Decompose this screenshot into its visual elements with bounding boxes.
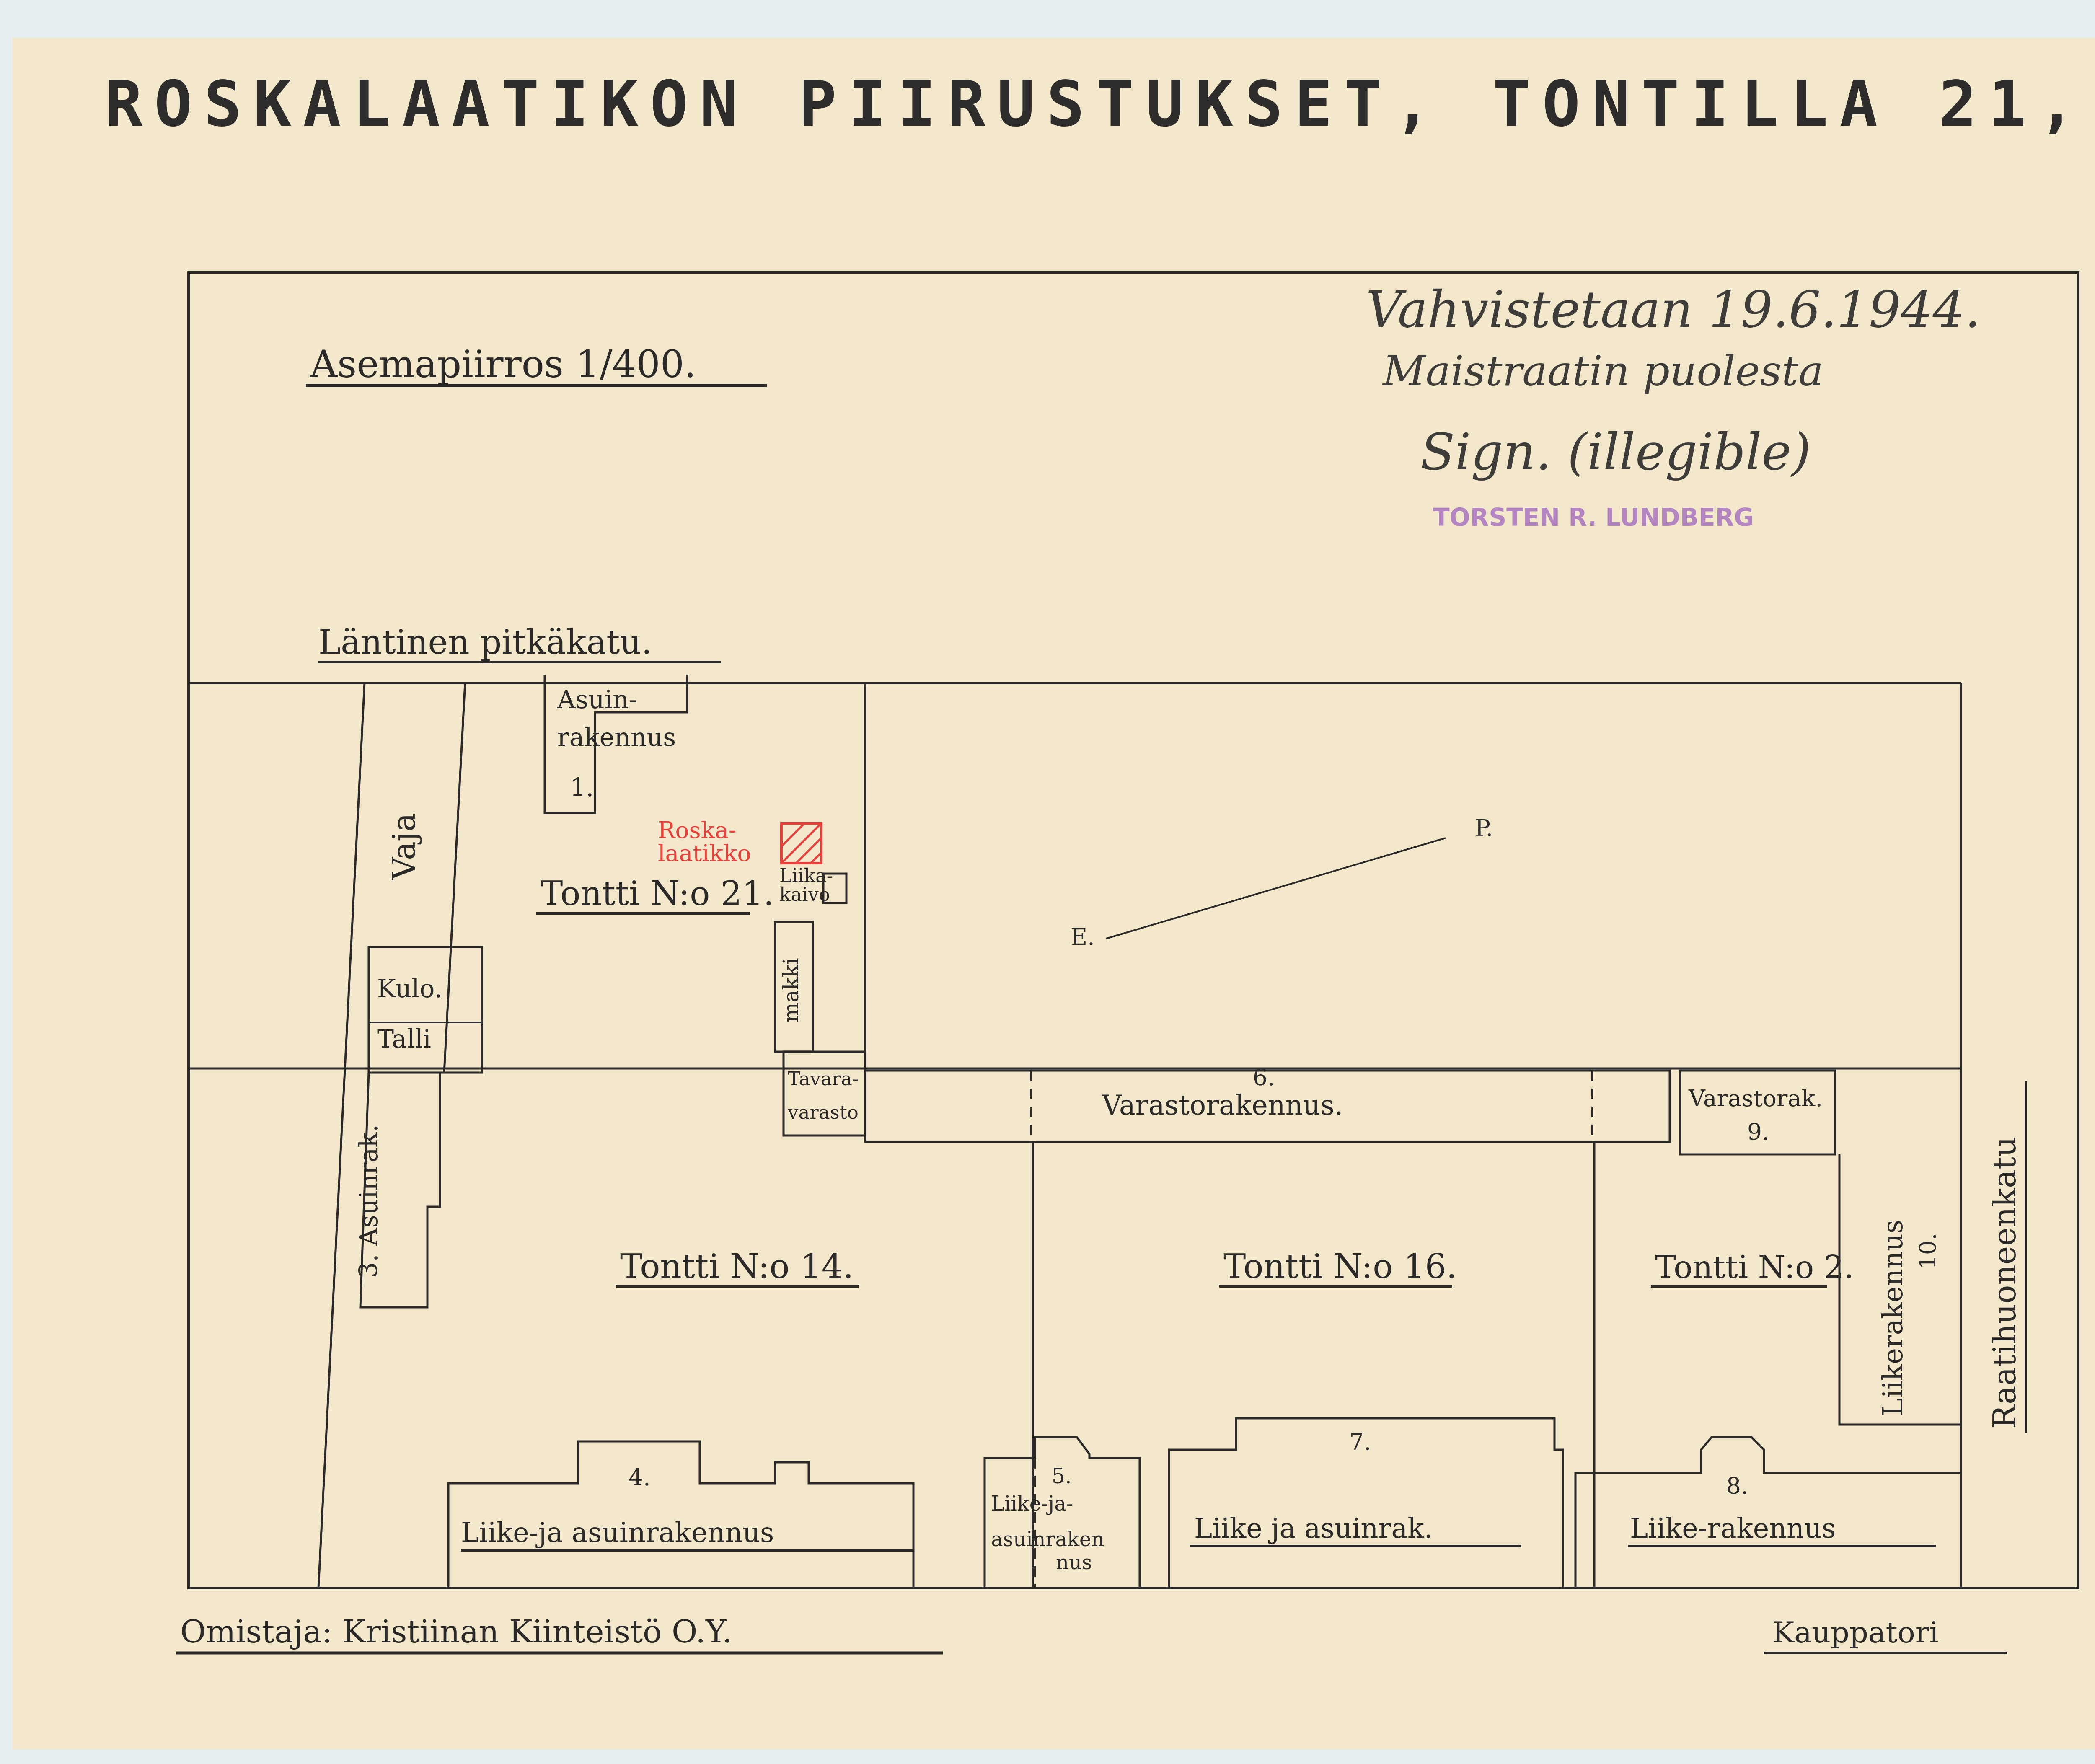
kaivo-label-2: kaivo [779,883,830,905]
tavara-label-1: Tavara- [788,1068,859,1090]
roska-label-2: laatikko [658,840,751,866]
building-8-label: Liike-rakennus [1630,1513,1836,1544]
building-6-num: 6. [1253,1064,1275,1091]
street-south: Kauppatori [1772,1615,1939,1650]
drawing-sheet: ROSKALAATIKON PIIRUSTUKSET, TONTILLA 21,… [0,0,2095,1764]
building-1-label-2: rakennus [557,723,676,752]
building-3-label: 3. Asuinrak. [354,1124,383,1278]
building-10-num: 10. [1914,1233,1941,1270]
building-7-label: Liike ja asuinrak. [1194,1513,1433,1544]
owner-label: Omistaja: Kristiinan Kiinteistö O.Y. [180,1613,732,1650]
plot-14-label: Tontti N:o 14. [620,1247,854,1286]
building-1-label-1: Asuin- [557,685,637,714]
building-9-num: 9. [1747,1118,1769,1145]
building-5-label-2: asuinraken [991,1528,1104,1551]
section-mark-p: P. [1475,815,1493,841]
street-east: Raatihuoneenkatu [1986,1137,2023,1429]
building-5-num: 5. [1052,1464,1072,1488]
drawing-title: ROSKALAATIKON PIIRUSTUKSET, TONTILLA 21,… [105,68,2095,141]
approval-authority: Maistraatin puolesta [1382,347,1823,396]
makki-label: makki [779,958,803,1022]
building-1-num: 1. [570,773,594,802]
street-north: Läntinen pitkäkatu. [318,623,652,662]
plot-2-label: Tontti N:o 2. [1655,1249,1854,1285]
plot-16-label: Tontti N:o 16. [1223,1247,1457,1286]
plot-21-label: Tontti N:o 21. [541,874,774,913]
talli-label: Talli [377,1024,431,1054]
kulo-label: Kulo. [377,974,442,1004]
building-10-label: Liikerakennus [1878,1220,1909,1416]
approval-signature: Sign. (illegible) [1420,423,1811,481]
building-9-label: Varastorak. [1688,1085,1823,1112]
building-4-num: 4. [628,1464,650,1491]
building-2-label: Vaja [385,813,422,880]
building-5-label-3: nus [1056,1551,1092,1574]
section-mark-e: E. [1071,923,1095,950]
building-6-label: Varastorakennus. [1102,1090,1343,1121]
building-7-num: 7. [1349,1428,1371,1455]
approval-date: Vahvistetaan 19.6.1944. [1366,281,1981,339]
site-plan-heading: Asemapiirros 1/400. [310,342,696,386]
building-5-label-1: Liike-ja- [991,1492,1073,1516]
approval-stamp: TORSTEN R. LUNDBERG [1433,503,1754,532]
tavara-label-2: varasto [787,1101,859,1123]
building-4-label: Liike-ja asuinrakennus [461,1517,774,1549]
building-8-num: 8. [1726,1472,1748,1499]
